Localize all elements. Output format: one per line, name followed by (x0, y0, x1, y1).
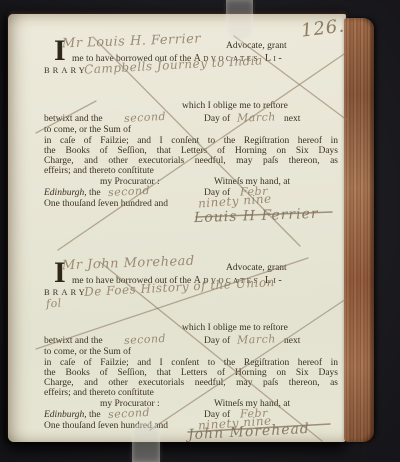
printed-line: which I oblige me to reſtore (44, 101, 338, 113)
the-text: the (89, 410, 101, 420)
borrow-form-2: I Mr John Morehead Advocate, grant me to… (44, 258, 338, 458)
book-fore-edge (344, 18, 374, 442)
handwritten-signed-day: second (108, 407, 151, 420)
brary-text: BRARY (44, 65, 88, 75)
top-mounting-strap (226, 0, 253, 42)
edinburgh-text: Edinburgh, (44, 410, 87, 420)
handwritten-return-day: second (124, 111, 167, 124)
day-of-text: Day of (204, 336, 230, 347)
borrow-form-1: I Mr Louis H. Ferrier Advocate, grant me… (44, 36, 338, 236)
bottom-mounting-strap (132, 422, 160, 462)
handwritten-signed-day: second (108, 185, 151, 198)
the-text: the (89, 188, 101, 198)
year-printed-text: One thouſand ſeven hundred and (44, 199, 168, 209)
betwixt-text: betwixt and the (44, 114, 103, 124)
handwritten-return-day: second (124, 333, 167, 346)
edinburgh-text: Edinburgh, (44, 188, 87, 198)
next-text: next (284, 336, 300, 347)
advocate-grant-text: Advocate, grant (226, 263, 287, 274)
printed-line: Advocate, grant (44, 263, 338, 275)
handwritten-return-month: March (237, 333, 276, 345)
signature: Louis H Ferrier (194, 206, 319, 226)
register-scan: 126. I Mr Louis H. Ferrier Advocate, gra… (0, 0, 400, 462)
printed-line: Advocate, grant (44, 41, 338, 53)
handwritten-format-note: fol (46, 296, 63, 310)
betwixt-text: betwixt and the (44, 336, 103, 346)
handwritten-return-month: March (237, 111, 276, 123)
next-text: next (284, 114, 300, 125)
brary-text: BRARY (44, 287, 88, 297)
advocate-grant-text: Advocate, grant (226, 41, 287, 52)
printed-line: which I oblige me to reſtore (44, 323, 338, 335)
day-of-text: Day of (204, 114, 230, 125)
